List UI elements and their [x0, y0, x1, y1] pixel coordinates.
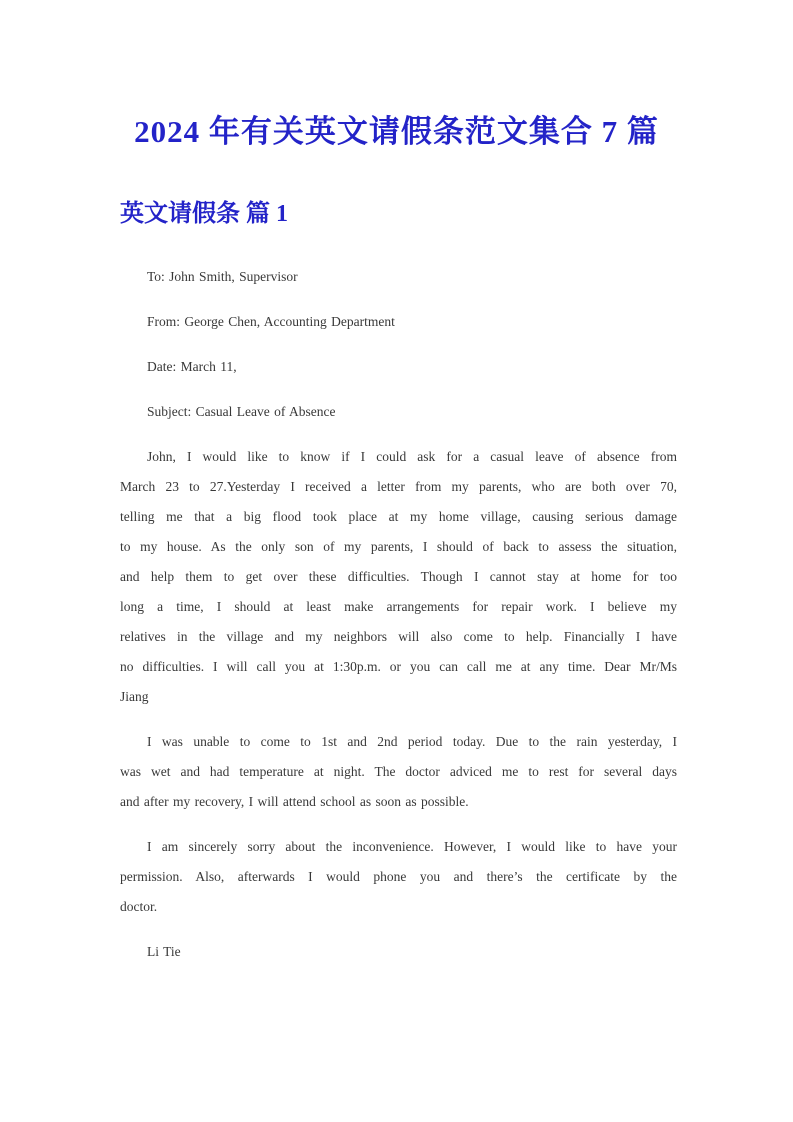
text-line: To: John Smith, Supervisor	[120, 262, 677, 292]
text-line: John, I would like to know if I could as…	[120, 442, 677, 472]
letter-body-paragraph-3: I am sincerely sorry about the inconveni…	[120, 832, 677, 922]
text-line: I am sincerely sorry about the inconveni…	[120, 832, 677, 862]
text-line: to my house. As the only son of my paren…	[120, 532, 677, 562]
text-line: Date: March 11,	[120, 352, 677, 382]
document-page: 2024 年有关英文请假条范文集合 7 篇 英文请假条 篇 1 To: John…	[0, 0, 793, 1122]
signature-line: Li Tie	[120, 937, 677, 967]
letter-date-line: Date: March 11,	[120, 352, 677, 382]
text-line: From: George Chen, Accounting Department	[120, 307, 677, 337]
document-title: 2024 年有关英文请假条范文集合 7 篇	[0, 110, 793, 154]
section-heading: 英文请假条 篇 1	[120, 196, 288, 232]
letter-body-paragraph-2: I was unable to come to 1st and 2nd peri…	[120, 727, 677, 817]
letter-body-paragraph-1: John, I would like to know if I could as…	[120, 442, 677, 712]
text-line: permission. Also, afterwards I would pho…	[120, 862, 677, 892]
text-line: Li Tie	[120, 937, 677, 967]
text-line: relatives in the village and my neighbor…	[120, 622, 677, 652]
text-line: and help them to get over these difficul…	[120, 562, 677, 592]
text-line: Subject: Casual Leave of Absence	[120, 397, 677, 427]
text-line: was wet and had temperature at night. Th…	[120, 757, 677, 787]
text-line: and after my recovery, I will attend sch…	[120, 787, 677, 817]
text-line: long a time, I should at least make arra…	[120, 592, 677, 622]
letter-subject-line: Subject: Casual Leave of Absence	[120, 397, 677, 427]
text-line: I was unable to come to 1st and 2nd peri…	[120, 727, 677, 757]
text-line: doctor.	[120, 892, 677, 922]
letter-from-line: From: George Chen, Accounting Department	[120, 307, 677, 337]
letter-to-line: To: John Smith, Supervisor	[120, 262, 677, 292]
text-line: Jiang	[120, 682, 677, 712]
text-line: no difficulties. I will call you at 1:30…	[120, 652, 677, 682]
letter-body: To: John Smith, SupervisorFrom: George C…	[120, 262, 677, 982]
text-line: telling me that a big flood took place a…	[120, 502, 677, 532]
text-line: March 23 to 27.Yesterday I received a le…	[120, 472, 677, 502]
